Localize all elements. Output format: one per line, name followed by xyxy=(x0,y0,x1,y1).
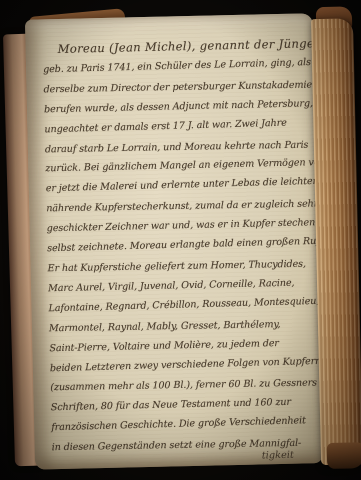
book-page: Moreau (Jean Michel), genannt der Jünger… xyxy=(25,13,323,469)
manuscript-photo: Moreau (Jean Michel), genannt der Jünger… xyxy=(0,0,361,480)
book: Moreau (Jean Michel), genannt der Jünger… xyxy=(17,0,361,478)
text-block: Moreau (Jean Michel), genannt der Jünger… xyxy=(42,34,318,466)
manuscript-line: darauf starb Le Lorrain, und Moreau kehr… xyxy=(45,135,311,160)
binding-corner-bottom-right xyxy=(327,442,361,469)
